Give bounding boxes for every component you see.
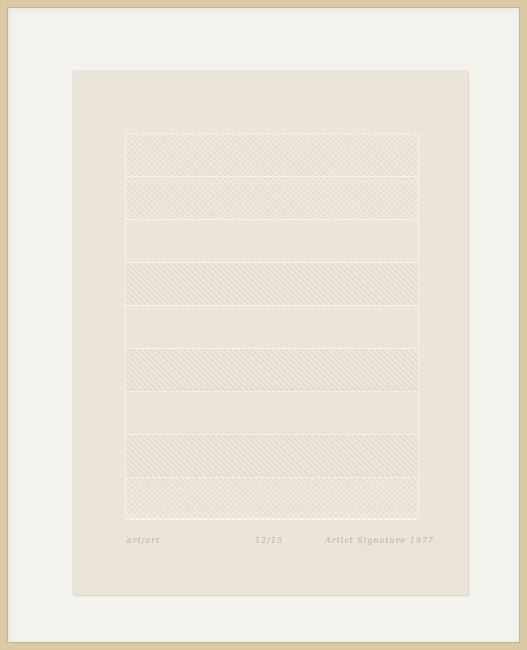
band — [126, 435, 418, 478]
band — [126, 134, 418, 177]
band — [126, 478, 418, 520]
embossed-plate — [125, 133, 419, 519]
paper-sheet: art/art 12/15 Artist Signature 1977 — [73, 71, 468, 595]
band — [126, 177, 418, 220]
inscription-edition: 12/15 — [255, 536, 283, 545]
band — [126, 263, 418, 306]
band — [126, 220, 418, 263]
band — [126, 306, 418, 349]
band — [126, 392, 418, 435]
picture-frame: art/art 12/15 Artist Signature 1977 — [0, 0, 527, 650]
inscription-signature: Artist Signature 1977 — [325, 536, 434, 545]
inscription-left: art/art — [127, 536, 160, 545]
band — [126, 349, 418, 392]
